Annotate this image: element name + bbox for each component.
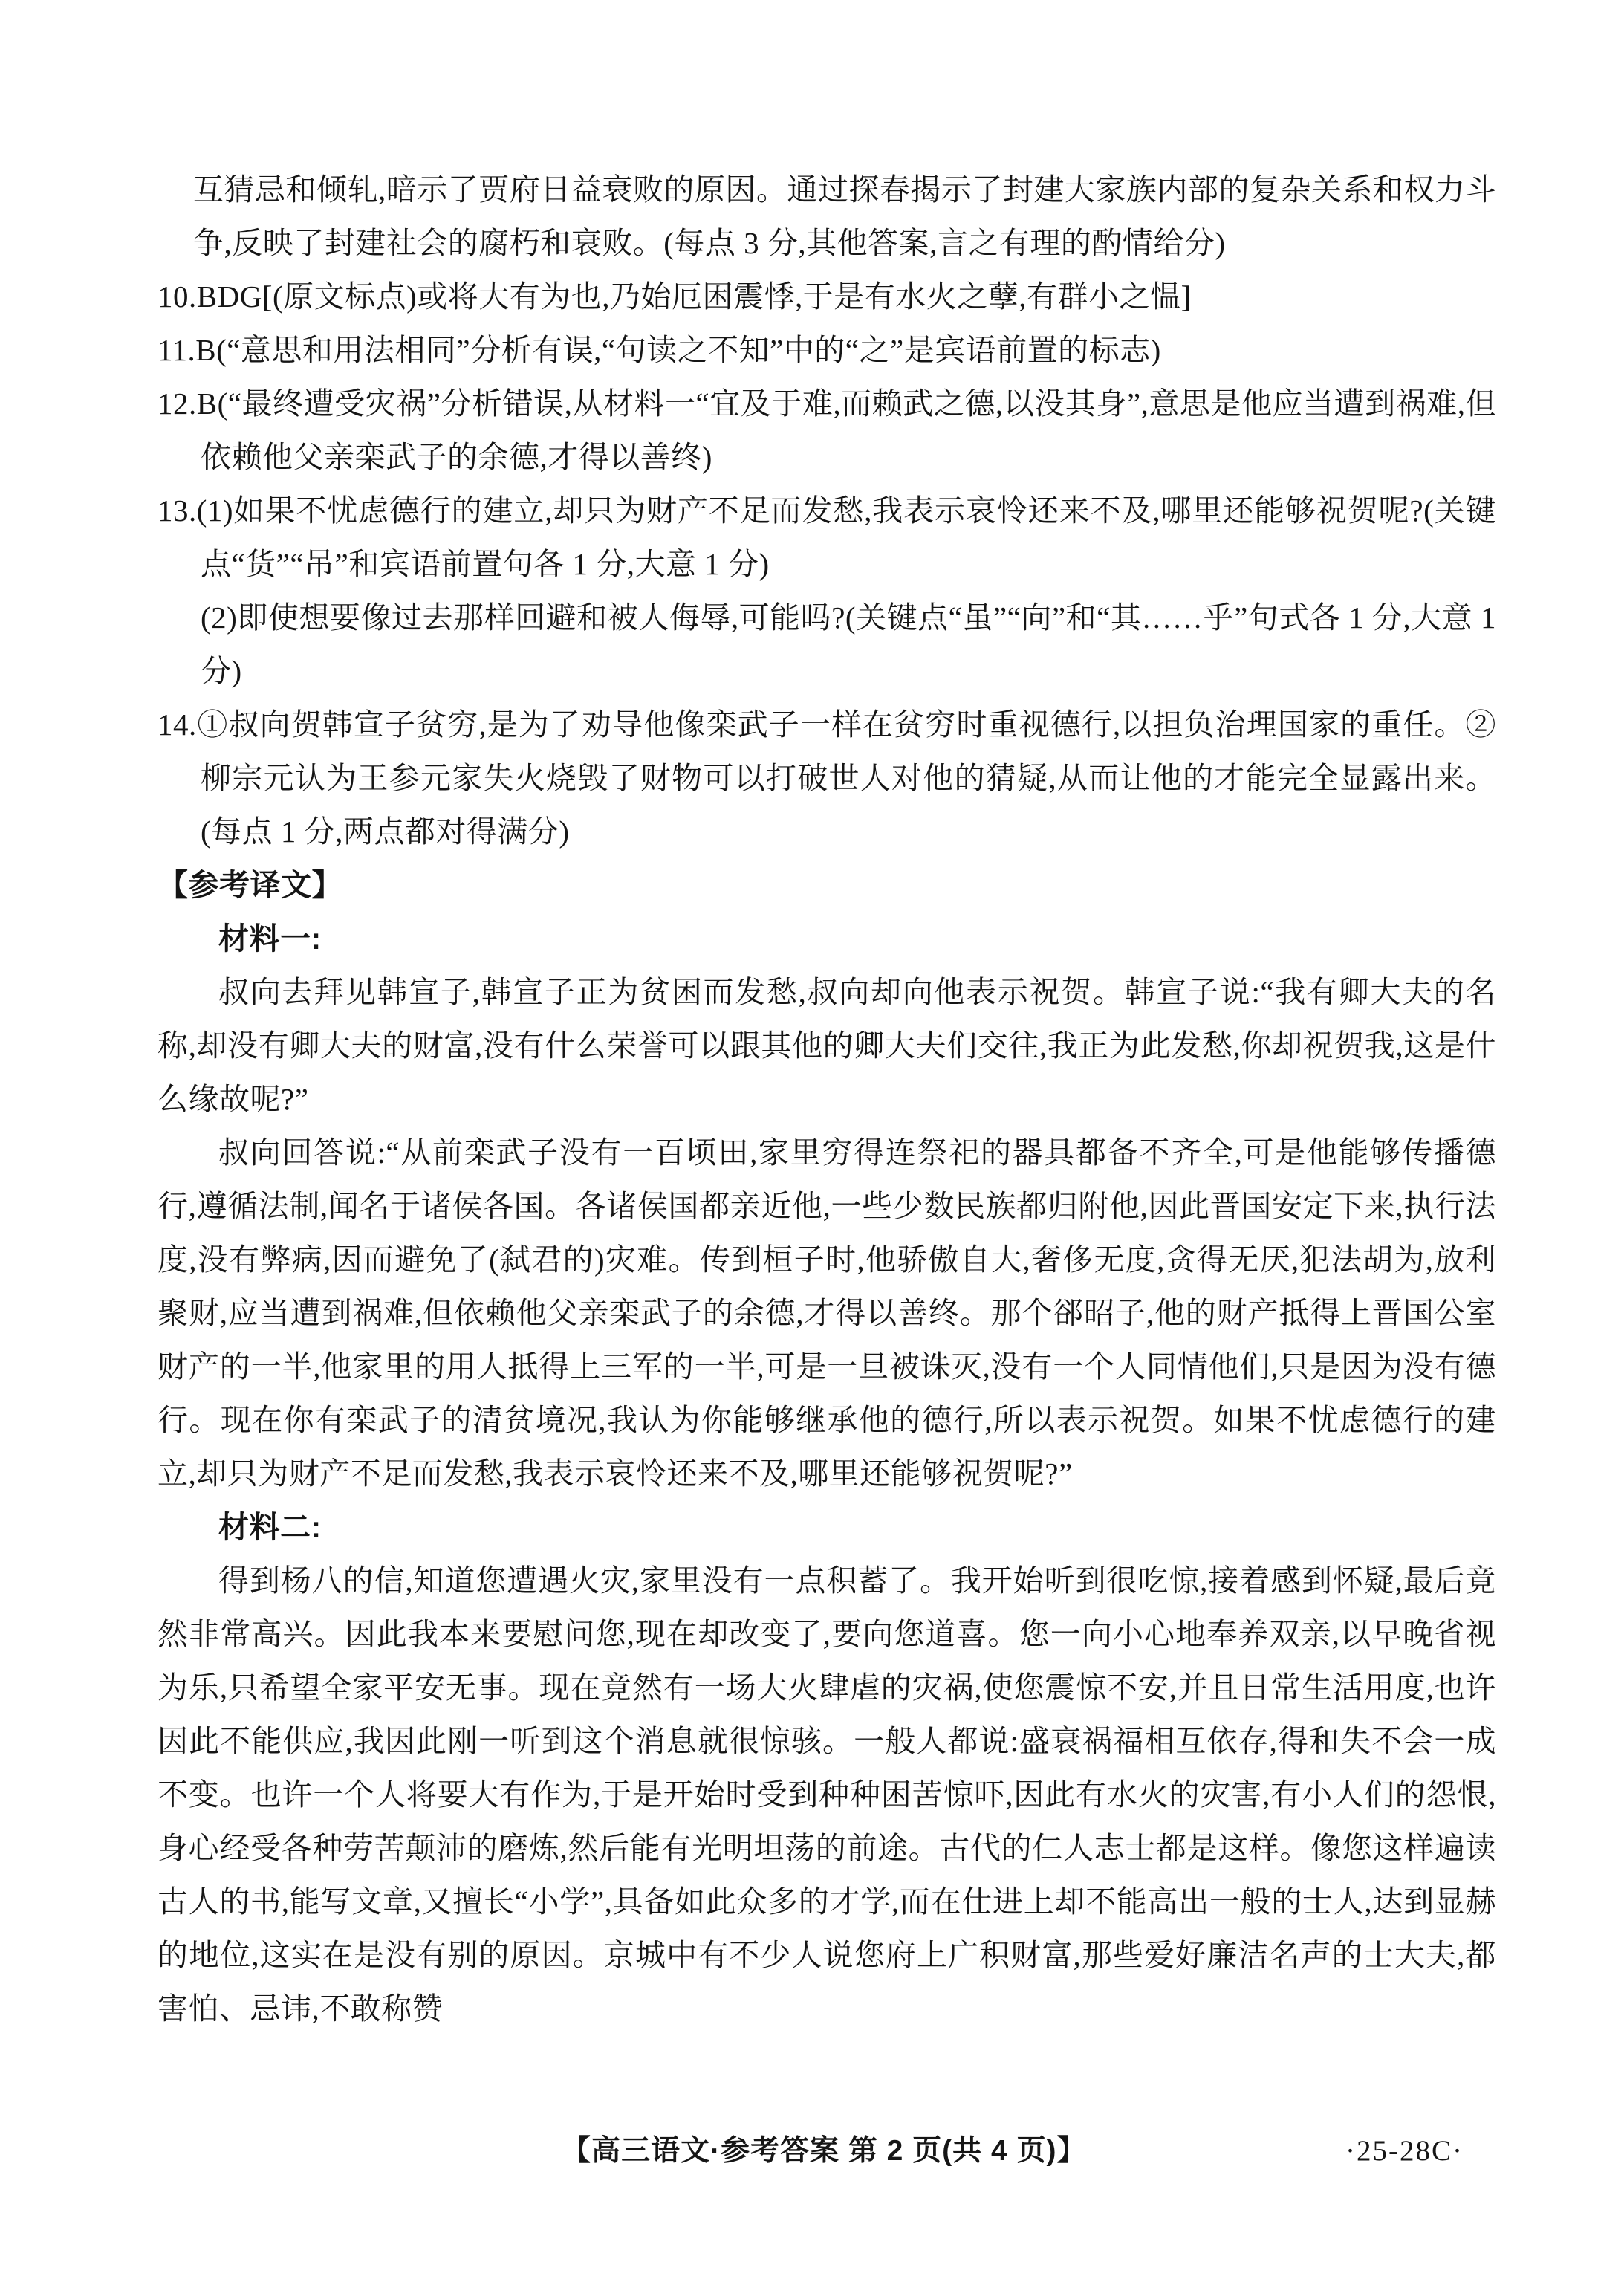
answer-number-13: 13.	[157, 493, 197, 528]
answer-number-14: 14.	[157, 707, 197, 742]
footer-paper-code: ·25-28C·	[1345, 2124, 1464, 2178]
content-area: 互猜忌和倾轧,暗示了贾府日益衰败的原因。通过探春揭示了封建大家族内部的复杂关系和…	[157, 163, 1496, 2035]
answer-number-11: 11.	[157, 333, 195, 367]
answer-text-11: B(“意思和用法相同”分析有误,“句读之不知”中的“之”是宾语前置的标志)	[195, 333, 1161, 367]
answer-text-13-part1: (1)如果不忧虑德行的建立,却只为财产不足而发愁,我表示哀怜还来不及,哪里还能够…	[197, 493, 1496, 581]
material-2-paragraph-1: 得到杨八的信,知道您遭遇火灾,家里没有一点积蓄了。我开始听到很吃惊,接着感到怀疑…	[157, 1554, 1496, 2035]
answer-item-11: 11.B(“意思和用法相同”分析有误,“句读之不知”中的“之”是宾语前置的标志)	[157, 323, 1496, 377]
answer-item-10: 10.BDG[(原文标点)或将大有为也,乃始厄困震悸,于是有水火之孽,有群小之愠…	[157, 270, 1496, 323]
answer-item-14: 14.①叔向贺韩宣子贫穷,是为了劝导他像栾武子一样在贫穷时重视德行,以担负治理国…	[157, 698, 1496, 858]
material-1-label: 材料一:	[157, 912, 1496, 965]
answer-number-10: 10.	[157, 279, 197, 314]
answer-item-13: 13.(1)如果不忧虑德行的建立,却只为财产不足而发愁,我表示哀怜还来不及,哪里…	[157, 484, 1496, 591]
reference-translation-heading: 【参考译文】	[157, 858, 1496, 912]
material-1-paragraph-1: 叔向去拜见韩宣子,韩宣子正为贫困而发愁,叔向却向他表示祝贺。韩宣子说:“我有卿大…	[157, 965, 1496, 1126]
answer-item-12: 12.B(“最终遭受灾祸”分析错误,从材料一“宜及于难,而赖武之德,以没其身”,…	[157, 377, 1496, 484]
answer-number-12: 12.	[157, 386, 197, 421]
footer-page-info: 【高三语文·参考答案 第 2 页(共 4 页)】	[562, 2124, 1087, 2178]
answer-text-10: BDG[(原文标点)或将大有为也,乃始厄困震悸,于是有水火之孽,有群小之愠]	[197, 279, 1192, 314]
answer-continuation: 互猜忌和倾轧,暗示了贾府日益衰败的原因。通过探春揭示了封建大家族内部的复杂关系和…	[157, 163, 1496, 270]
answer-text-12: B(“最终遭受灾祸”分析错误,从材料一“宜及于难,而赖武之德,以没其身”,意思是…	[197, 386, 1496, 474]
material-1-paragraph-2: 叔向回答说:“从前栾武子没有一百顷田,家里穷得连祭祀的器具都备不齐全,可是他能够…	[157, 1126, 1496, 1500]
answer-text-13-part2: (2)即使想要像过去那样回避和被人侮辱,可能吗?(关键点“虽”“向”和“其……乎…	[157, 591, 1496, 698]
answer-text-14: ①叔向贺韩宣子贫穷,是为了劝导他像栾武子一样在贫穷时重视德行,以担负治理国家的重…	[197, 707, 1496, 849]
material-2-label: 材料二:	[157, 1500, 1496, 1554]
scanned-answer-sheet-page: 互猜忌和倾轧,暗示了贾府日益衰败的原因。通过探春揭示了封建大家族内部的复杂关系和…	[0, 0, 1624, 2282]
